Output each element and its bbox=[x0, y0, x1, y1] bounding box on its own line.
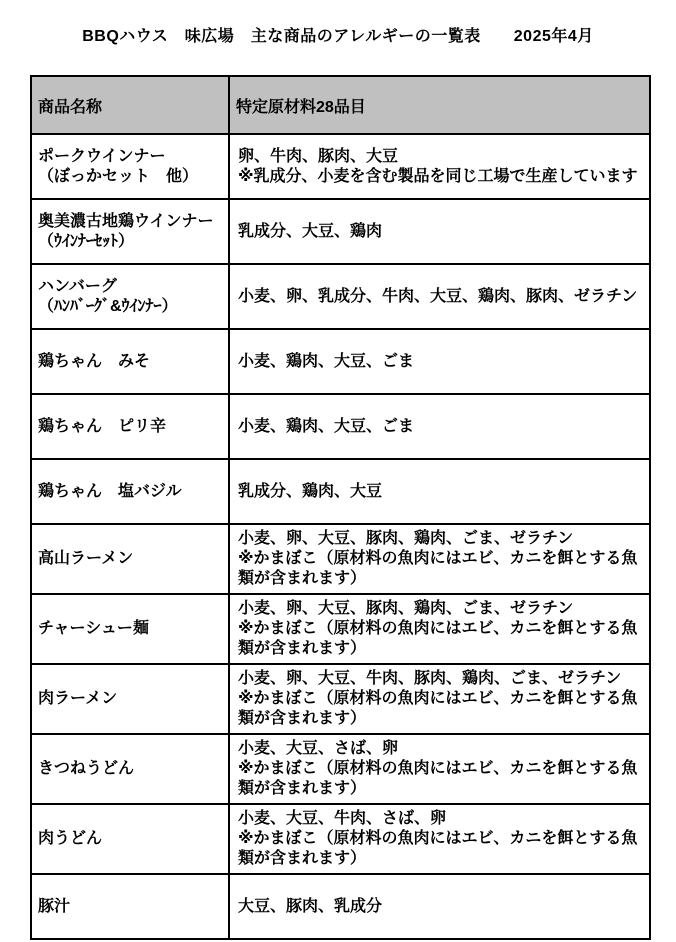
allergen-note: ※かまぼこ（原材料の魚肉にはエビ、カニを餌とする魚類が含まれます） bbox=[238, 759, 647, 799]
table-row: ハンバーグ （ﾊﾝﾊﾞｰｸﾞ&ｳｲﾝﾅｰ） 小麦、卵、乳成分、牛肉、大豆、鶏肉、… bbox=[31, 264, 650, 329]
product-name-cell: 鶏ちゃん ピリ辛 bbox=[31, 394, 229, 459]
allergen-list: 小麦、卵、大豆、豚肉、鶏肉、ごま、ゼラチン bbox=[238, 529, 647, 549]
table-row: 奥美濃古地鶏ウインナー （ｳｲﾝﾅｰｾｯﾄ） 乳成分、大豆、鶏肉 bbox=[31, 199, 650, 264]
header-row: 商品名称 特定原材料28品目 bbox=[31, 76, 650, 134]
allergens-cell: 乳成分、鶏肉、大豆 bbox=[229, 459, 650, 524]
table-row: 豚汁 大豆、豚肉、乳成分 bbox=[31, 874, 650, 939]
allergen-list: 小麦、卵、乳成分、牛肉、大豆、鶏肉、豚肉、ゼラチン bbox=[238, 287, 647, 307]
allergen-list: 乳成分、大豆、鶏肉 bbox=[238, 222, 647, 242]
product-name: きつねうどん bbox=[38, 759, 224, 779]
product-name-cell: チャーシュー麺 bbox=[31, 594, 229, 664]
product-name-cell: 高山ラーメン bbox=[31, 524, 229, 594]
allergens-cell: 小麦、大豆、牛肉、さば、卵 ※かまぼこ（原材料の魚肉にはエビ、カニを餌とする魚類… bbox=[229, 804, 650, 874]
allergens-cell: 小麦、鶏肉、大豆、ごま bbox=[229, 329, 650, 394]
allergen-list: 小麦、鶏肉、大豆、ごま bbox=[238, 417, 647, 437]
table-row: チャーシュー麺 小麦、卵、大豆、豚肉、鶏肉、ごま、ゼラチン ※かまぼこ（原材料の… bbox=[31, 594, 650, 664]
product-name: 肉うどん bbox=[38, 829, 224, 849]
product-name-cell: 鶏ちゃん 塩バジル bbox=[31, 459, 229, 524]
allergens-cell: 小麦、卵、大豆、豚肉、鶏肉、ごま、ゼラチン ※かまぼこ（原材料の魚肉にはエビ、カ… bbox=[229, 594, 650, 664]
product-name-cell: 肉ラーメン bbox=[31, 664, 229, 734]
allergen-list: 小麦、大豆、牛肉、さば、卵 bbox=[238, 809, 647, 829]
product-name: 肉ラーメン bbox=[38, 689, 224, 709]
table-row: ポークウインナー （ぼっかセット 他） 卵、牛肉、豚肉、大豆 ※乳成分、小麦を含… bbox=[31, 134, 650, 199]
allergens-cell: 乳成分、大豆、鶏肉 bbox=[229, 199, 650, 264]
allergen-note: ※かまぼこ（原材料の魚肉にはエビ、カニを餌とする魚類が含まれます） bbox=[238, 619, 647, 659]
product-name-cell: 奥美濃古地鶏ウインナー （ｳｲﾝﾅｰｾｯﾄ） bbox=[31, 199, 229, 264]
product-name: ハンバーグ bbox=[38, 277, 224, 297]
table-row: 鶏ちゃん 塩バジル 乳成分、鶏肉、大豆 bbox=[31, 459, 650, 524]
table-row: 鶏ちゃん みそ 小麦、鶏肉、大豆、ごま bbox=[31, 329, 650, 394]
product-name: 鶏ちゃん ピリ辛 bbox=[38, 417, 224, 437]
allergen-list: 小麦、鶏肉、大豆、ごま bbox=[238, 352, 647, 372]
product-name-sub: （ｳｲﾝﾅｰｾｯﾄ） bbox=[38, 232, 224, 252]
allergens-cell: 小麦、卵、大豆、牛肉、豚肉、鶏肉、ごま、ゼラチン ※かまぼこ（原材料の魚肉にはエ… bbox=[229, 664, 650, 734]
allergen-list: 小麦、卵、大豆、牛肉、豚肉、鶏肉、ごま、ゼラチン bbox=[238, 669, 647, 689]
table-row: 鶏ちゃん ピリ辛 小麦、鶏肉、大豆、ごま bbox=[31, 394, 650, 459]
allergen-list: 大豆、豚肉、乳成分 bbox=[238, 897, 647, 917]
product-name: 鶏ちゃん みそ bbox=[38, 352, 224, 372]
product-name-cell: ハンバーグ （ﾊﾝﾊﾞｰｸﾞ&ｳｲﾝﾅｰ） bbox=[31, 264, 229, 329]
product-name-cell: 豚汁 bbox=[31, 874, 229, 939]
allergens-cell: 大豆、豚肉、乳成分 bbox=[229, 874, 650, 939]
product-name-sub: （ﾊﾝﾊﾞｰｸﾞ&ｳｲﾝﾅｰ） bbox=[38, 297, 224, 317]
table-row: きつねうどん 小麦、大豆、さば、卵 ※かまぼこ（原材料の魚肉にはエビ、カニを餌と… bbox=[31, 734, 650, 804]
product-name-sub: （ぼっかセット 他） bbox=[38, 167, 224, 187]
product-name: チャーシュー麺 bbox=[38, 619, 224, 639]
header-product-name: 商品名称 bbox=[31, 76, 229, 134]
product-name-cell: 鶏ちゃん みそ bbox=[31, 329, 229, 394]
table-row: 高山ラーメン 小麦、卵、大豆、豚肉、鶏肉、ごま、ゼラチン ※かまぼこ（原材料の魚… bbox=[31, 524, 650, 594]
product-name-cell: ポークウインナー （ぼっかセット 他） bbox=[31, 134, 229, 199]
product-name: 豚汁 bbox=[38, 897, 224, 917]
allergens-cell: 卵、牛肉、豚肉、大豆 ※乳成分、小麦を含む製品を同じ工場で生産しています bbox=[229, 134, 650, 199]
allergens-cell: 小麦、卵、大豆、豚肉、鶏肉、ごま、ゼラチン ※かまぼこ（原材料の魚肉にはエビ、カ… bbox=[229, 524, 650, 594]
allergens-cell: 小麦、鶏肉、大豆、ごま bbox=[229, 394, 650, 459]
allergen-note: ※かまぼこ（原材料の魚肉にはエビ、カニを餌とする魚類が含まれます） bbox=[238, 549, 647, 589]
allergen-list: 卵、牛肉、豚肉、大豆 bbox=[238, 147, 647, 167]
allergen-note: ※かまぼこ（原材料の魚肉にはエビ、カニを餌とする魚類が含まれます） bbox=[238, 829, 647, 869]
product-name: 奥美濃古地鶏ウインナー bbox=[38, 212, 224, 232]
allergen-note: ※かまぼこ（原材料の魚肉にはエビ、カニを餌とする魚類が含まれます） bbox=[238, 689, 647, 729]
allergen-list: 乳成分、鶏肉、大豆 bbox=[238, 482, 647, 502]
table-row: 肉ラーメン 小麦、卵、大豆、牛肉、豚肉、鶏肉、ごま、ゼラチン ※かまぼこ（原材料… bbox=[31, 664, 650, 734]
product-name-cell: 肉うどん bbox=[31, 804, 229, 874]
allergen-note: ※乳成分、小麦を含む製品を同じ工場で生産しています bbox=[238, 167, 647, 187]
allergen-list: 小麦、卵、大豆、豚肉、鶏肉、ごま、ゼラチン bbox=[238, 599, 647, 619]
product-name: 鶏ちゃん 塩バジル bbox=[38, 482, 224, 502]
table-row: 肉うどん 小麦、大豆、牛肉、さば、卵 ※かまぼこ（原材料の魚肉にはエビ、カニを餌… bbox=[31, 804, 650, 874]
allergens-cell: 小麦、大豆、さば、卵 ※かまぼこ（原材料の魚肉にはエビ、カニを餌とする魚類が含ま… bbox=[229, 734, 650, 804]
product-name: 高山ラーメン bbox=[38, 549, 224, 569]
page-title: BBQハウス 味広場 主な商品のアレルギーの一覧表 2025年4月 bbox=[0, 0, 676, 46]
allergens-cell: 小麦、卵、乳成分、牛肉、大豆、鶏肉、豚肉、ゼラチン bbox=[229, 264, 650, 329]
product-name: ポークウインナー bbox=[38, 147, 224, 167]
allergen-table: 商品名称 特定原材料28品目 ポークウインナー （ぼっかセット 他） 卵、牛肉、… bbox=[30, 75, 651, 940]
header-allergens: 特定原材料28品目 bbox=[229, 76, 650, 134]
product-name-cell: きつねうどん bbox=[31, 734, 229, 804]
allergen-list: 小麦、大豆、さば、卵 bbox=[238, 739, 647, 759]
